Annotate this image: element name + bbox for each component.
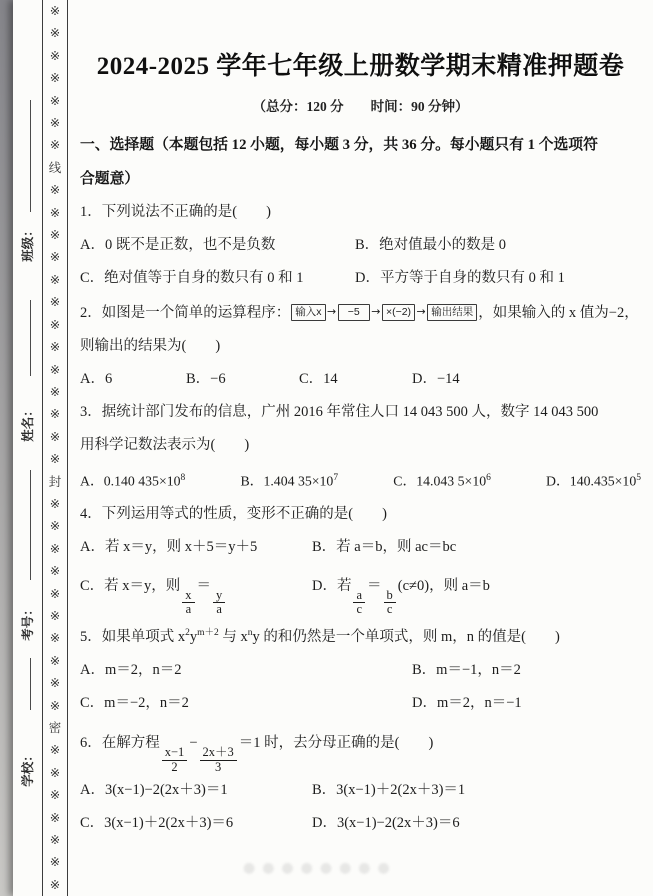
option-6c: C．3(x−1)＋2(2x＋3)＝6 xyxy=(80,807,312,840)
exam-number-field-line xyxy=(30,470,31,580)
question-6-stem: 6．在解方程x−12−2x＋33＝1 时，去分母正确的是( ) xyxy=(80,720,641,775)
flow-arrow-icon: → xyxy=(327,305,336,318)
option-2b: B．−6 xyxy=(186,363,299,396)
question-2-stem: 2．如图是一个简单的运算程序：输入x→−5→×(−2)→输出结果，如果输入的 x… xyxy=(80,295,641,330)
question-5-options-row1: A．m＝2，n＝2 B．m＝−1，n＝2 xyxy=(80,654,641,687)
name-field-label: 姓名： xyxy=(19,394,37,452)
option-6d: D．3(x−1)−2(2x＋3)＝6 xyxy=(312,807,460,840)
question-5: 5．如果单项式 x2ym＋2 与 xny 的和仍然是一个单项式，则 m，n 的值… xyxy=(80,617,641,720)
name-field-line xyxy=(30,300,31,376)
question-5-stem: 5．如果单项式 x2ym＋2 与 xny 的和仍然是一个单项式，则 m，n 的值… xyxy=(80,617,641,654)
seal-line-column: ※ ※ ※ ※ ※ ※ ※ 线 ※ ※ ※ ※ ※ ※ ※ ※ ※ ※ ※ ※ … xyxy=(42,0,68,896)
question-4-options-row2: C．若 x＝y，则xa＝ya D．若ac＝bc(c≠0)，则 a＝b xyxy=(80,564,641,618)
question-2-stem-line2: 则输出的结果为( ) xyxy=(80,330,641,363)
option-6a: A．3(x−1)−2(2x＋3)＝1 xyxy=(80,774,312,807)
option-1b: B．绝对值最小的数是 0 xyxy=(355,229,506,262)
option-1d: D．平方等于自身的数只有 0 和 1 xyxy=(355,262,565,295)
exam-content: 2024-2025 学年七年级上册数学期末精准押题卷 （总分：120 分 时间：… xyxy=(70,0,653,896)
flow-box-input: 输入x xyxy=(291,304,325,321)
question-1: 1．下列说法不正确的是( ) A．0 既不是正数，也不是负数 B．绝对值最小的数… xyxy=(80,196,641,295)
section-heading-line2: 合题意） xyxy=(80,162,641,196)
question-2-stem-prefix: 2．如图是一个简单的运算程序： xyxy=(80,305,290,321)
option-3b: B．1.404 35×107 xyxy=(240,462,338,498)
question-6: 6．在解方程x−12−2x＋33＝1 时，去分母正确的是( ) A．3(x−1)… xyxy=(80,720,641,841)
option-1c: C．绝对值等于自身的数只有 0 和 1 xyxy=(80,262,355,295)
school-field-line xyxy=(30,658,31,710)
section-heading: 一、选择题（本题包括 12 小题，每小题 3 分，共 36 分。每小题只有 1 … xyxy=(80,128,641,196)
exam-score-time: （总分：120 分 时间：90 分钟） xyxy=(80,95,641,115)
question-1-stem: 1．下列说法不正确的是( ) xyxy=(80,196,641,229)
option-5d: D．m＝2，n＝−1 xyxy=(412,687,522,720)
option-3d: D．140.435×105 xyxy=(546,462,641,498)
option-2a: A．6 xyxy=(80,363,186,396)
question-3-stem-line1: 3．据统计部门发布的信息，广州 2016 年常住人口 14 043 500 人，… xyxy=(80,396,641,429)
exam-paper: 班级： 姓名： 考号： 学校： ※ ※ ※ ※ ※ ※ ※ 线 ※ ※ ※ ※ … xyxy=(13,0,653,896)
flow-box-output: 输出结果 xyxy=(427,304,477,321)
question-5-options-row2: C．m＝−2，n＝2 D．m＝2，n＝−1 xyxy=(80,687,641,720)
question-4-stem: 4．下列运用等式的性质，变形不正确的是( ) xyxy=(80,498,641,531)
option-5c: C．m＝−2，n＝2 xyxy=(80,687,412,720)
class-field-line xyxy=(30,100,31,212)
question-6-options-row2: C．3(x−1)＋2(2x＋3)＝6 D．3(x−1)−2(2x＋3)＝6 xyxy=(80,807,641,840)
option-3c: C．14.043 5×106 xyxy=(393,462,491,498)
question-4-options-row1: A．若 x＝y，则 x＋5＝y＋5 B．若 a＝b，则 ac＝bc xyxy=(80,531,641,564)
option-4d: D．若ac＝bc(c≠0)，则 a＝b xyxy=(312,564,490,618)
option-5a: A．m＝2，n＝2 xyxy=(80,654,412,687)
question-2: 2．如图是一个简单的运算程序：输入x→−5→×(−2)→输出结果，如果输入的 x… xyxy=(80,295,641,396)
photo-watermark: ●●●●●●●● xyxy=(243,860,397,876)
option-1a: A．0 既不是正数，也不是负数 xyxy=(80,229,355,262)
flow-arrow-icon: → xyxy=(417,305,426,318)
option-3a: A．0.140 435×108 xyxy=(80,462,185,498)
option-4a: A．若 x＝y，则 x＋5＝y＋5 xyxy=(80,531,312,564)
option-2d: D．−14 xyxy=(412,363,525,396)
school-field-label: 学校： xyxy=(19,739,37,797)
question-6-options-row1: A．3(x−1)−2(2x＋3)＝1 B．3(x−1)＋2(2x＋3)＝1 xyxy=(80,774,641,807)
option-4c: C．若 x＝y，则xa＝ya xyxy=(80,564,312,618)
option-6b: B．3(x−1)＋2(2x＋3)＝1 xyxy=(312,774,465,807)
flow-box-times: ×(−2) xyxy=(382,304,415,321)
exam-number-field-label: 考号： xyxy=(19,593,37,651)
question-3-options-row: A．0.140 435×108 B．1.404 35×107 C．14.043 … xyxy=(80,462,641,498)
question-1-options-row2: C．绝对值等于自身的数只有 0 和 1 D．平方等于自身的数只有 0 和 1 xyxy=(80,262,641,295)
flow-box-minus5: −5 xyxy=(338,304,370,321)
question-2-stem-suffix: ，如果输入的 x 值为−2， xyxy=(478,305,638,321)
section-heading-line1: 一、选择题（本题包括 12 小题，每小题 3 分，共 36 分。每小题只有 1 … xyxy=(80,128,641,162)
question-2-options-row: A．6 B．−6 C．14 D．−14 xyxy=(80,363,641,396)
question-1-options-row1: A．0 既不是正数，也不是负数 B．绝对值最小的数是 0 xyxy=(80,229,641,262)
class-field-label: 班级： xyxy=(19,214,37,272)
question-4: 4．下列运用等式的性质，变形不正确的是( ) A．若 x＝y，则 x＋5＝y＋5… xyxy=(80,498,641,618)
exam-title: 2024-2025 学年七年级上册数学期末精准押题卷 xyxy=(80,0,641,82)
question-3-stem-line2: 用科学记数法表示为( ) xyxy=(80,429,641,462)
option-2c: C．14 xyxy=(299,363,412,396)
option-4b: B．若 a＝b，则 ac＝bc xyxy=(312,531,456,564)
option-5b: B．m＝−1，n＝2 xyxy=(412,654,521,687)
flow-arrow-icon: → xyxy=(371,305,380,318)
question-3: 3．据统计部门发布的信息，广州 2016 年常住人口 14 043 500 人，… xyxy=(80,396,641,498)
